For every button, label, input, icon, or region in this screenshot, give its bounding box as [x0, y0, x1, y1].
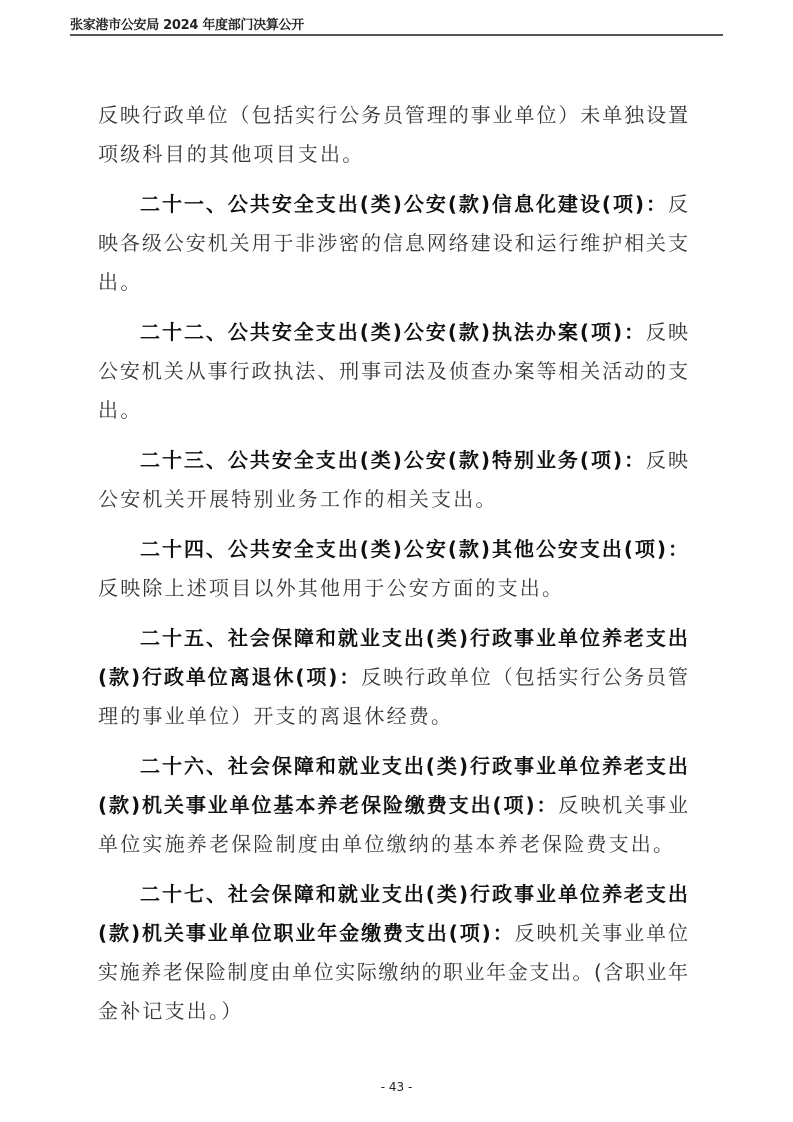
- page-header: 张家港市公安局 2024 年度部门决算公开: [70, 14, 715, 34]
- paragraph-20-continuation: 反映行政单位（包括实行公务员管理的事业单位）未单独设置 项级科目的其他项目支出。: [98, 96, 688, 174]
- item-heading-line: 二十六、社会保障和就业支出(类)行政事业单位养老支出: [98, 747, 688, 786]
- text-line: 映各级公安机关用于非涉密的信息网络建设和运行维护相关支: [98, 224, 688, 263]
- paragraph-27: 二十七、社会保障和就业支出(类)行政事业单位养老支出 (款)机关事业单位职业年金…: [98, 875, 688, 1031]
- text-line: 实施养老保险制度由单位实际缴纳的职业年金支出。(含职业年: [98, 953, 688, 992]
- header-divider: [70, 34, 723, 36]
- text-line: 出。: [98, 263, 688, 302]
- text-line: 公安机关开展特别业务工作的相关支出。: [98, 480, 688, 519]
- paragraph-22: 二十二、公共安全支出(类)公安(款)执法办案(项)：反映 公安机关从事行政执法、…: [98, 313, 688, 430]
- text-line: 反映除上述项目以外其他用于公安方面的支出。: [98, 569, 688, 608]
- item-heading-line: 二十七、社会保障和就业支出(类)行政事业单位养老支出: [98, 875, 688, 914]
- text-line: 出。: [98, 391, 688, 430]
- item-heading-line: 二十一、公共安全支出(类)公安(款)信息化建设(项)：反: [98, 185, 688, 224]
- document-body: 反映行政单位（包括实行公务员管理的事业单位）未单独设置 项级科目的其他项目支出。…: [98, 96, 688, 1031]
- paragraph-26: 二十六、社会保障和就业支出(类)行政事业单位养老支出 (款)机关事业单位基本养老…: [98, 747, 688, 864]
- text-line: 项级科目的其他项目支出。: [98, 135, 688, 174]
- text-line: (款)机关事业单位基本养老保险缴费支出(项)：反映机关事业: [98, 786, 688, 825]
- page-number: - 43 -: [0, 1080, 793, 1094]
- text-line: 理的事业单位）开支的离退休经费。: [98, 697, 688, 736]
- item-heading-line: 二十四、公共安全支出(类)公安(款)其他公安支出(项)：: [98, 530, 688, 569]
- text-line: (款)机关事业单位职业年金缴费支出(项)：反映机关事业单位: [98, 914, 688, 953]
- paragraph-24: 二十四、公共安全支出(类)公安(款)其他公安支出(项)： 反映除上述项目以外其他…: [98, 530, 688, 608]
- item-heading-line: 二十五、社会保障和就业支出(类)行政事业单位养老支出: [98, 619, 688, 658]
- text-line: (款)行政单位离退休(项)：反映行政单位（包括实行公务员管: [98, 658, 688, 697]
- paragraph-25: 二十五、社会保障和就业支出(类)行政事业单位养老支出 (款)行政单位离退休(项)…: [98, 619, 688, 736]
- paragraph-23: 二十三、公共安全支出(类)公安(款)特别业务(项)：反映 公安机关开展特别业务工…: [98, 441, 688, 519]
- item-heading-line: 二十三、公共安全支出(类)公安(款)特别业务(项)：反映: [98, 441, 688, 480]
- text-line: 公安机关从事行政执法、刑事司法及侦查办案等相关活动的支: [98, 352, 688, 391]
- document-title: 张家港市公安局 2024 年度部门决算公开: [70, 14, 304, 33]
- text-line: 单位实施养老保险制度由单位缴纳的基本养老保险费支出。: [98, 825, 688, 864]
- text-line: 金补记支出。）: [98, 992, 688, 1031]
- paragraph-21: 二十一、公共安全支出(类)公安(款)信息化建设(项)：反 映各级公安机关用于非涉…: [98, 185, 688, 302]
- item-heading-line: 二十二、公共安全支出(类)公安(款)执法办案(项)：反映: [98, 313, 688, 352]
- text-line: 反映行政单位（包括实行公务员管理的事业单位）未单独设置: [98, 96, 688, 135]
